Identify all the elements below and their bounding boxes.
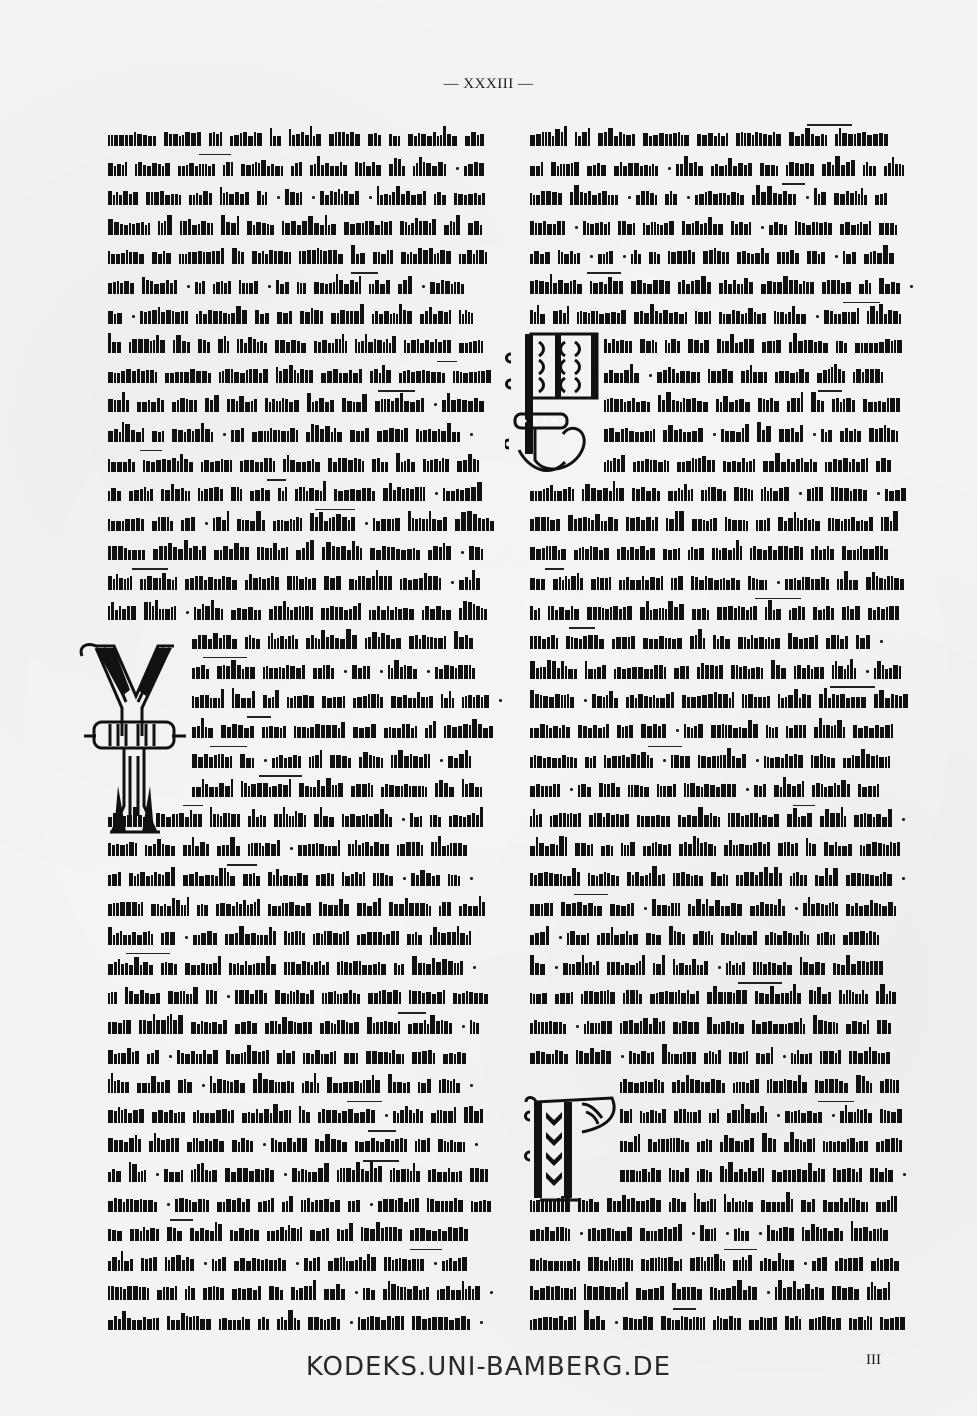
abbreviation-mark [267,479,286,481]
script-line [108,838,475,856]
script-line [108,1164,496,1182]
abbreviation-mark [210,746,247,748]
script-line [620,1164,911,1182]
abbreviation-mark [378,390,415,392]
script-line [530,306,909,324]
abbreviation-mark [755,598,801,600]
script-line [108,1223,476,1241]
script-line [108,1282,498,1300]
script-line [192,779,490,797]
abbreviation-mark [569,627,595,629]
abbreviation-mark [724,1249,758,1251]
script-line [192,750,479,768]
script-line [108,927,479,945]
script-line [530,957,891,975]
script-line [530,779,887,797]
script-line [108,483,490,501]
abbreviation-mark [227,864,257,866]
abbreviation-mark [170,1219,193,1221]
script-line [604,394,908,412]
script-line [108,394,492,412]
script-line [108,276,472,294]
script-line [530,720,901,738]
abbreviation-mark [140,450,162,452]
script-line [530,838,908,856]
script-line [108,957,481,975]
script-line [108,1016,487,1034]
abbreviation-mark [247,716,271,718]
decorated-initial-chevron-icon [522,1092,618,1204]
script-line [108,898,493,916]
script-line [108,128,492,146]
abbreviation-mark [648,746,682,748]
abbreviation-mark [830,686,875,688]
decorated-initial-foliate-icon [505,330,601,480]
script-line [192,661,483,679]
script-line [530,483,914,501]
abbreviation-mark [818,1101,855,1103]
script-line [604,424,906,442]
script-line [192,690,507,708]
script-line [530,986,904,1004]
abbreviation-mark [351,272,378,274]
script-line [108,454,487,472]
script-line [530,602,907,620]
abbreviation-mark [437,361,457,363]
script-line [108,246,495,264]
script-line [530,1312,913,1330]
script-line [530,128,896,146]
script-line [108,1075,478,1093]
script-line [108,217,490,235]
script-line [530,898,904,916]
script-line [530,868,910,886]
abbreviation-mark [545,568,565,570]
script-line [108,158,492,176]
script-line [530,1046,898,1064]
abbreviation-mark [843,302,880,304]
abbreviation-mark [673,1308,697,1310]
abbreviation-mark [315,509,356,511]
abbreviation-mark [132,568,169,570]
script-line [108,1312,488,1330]
abbreviation-mark [368,1130,396,1132]
script-line [620,1105,910,1123]
abbreviation-mark [782,183,806,185]
script-line [108,602,495,620]
script-line [530,750,898,768]
script-line [530,1282,898,1300]
script-line [530,927,887,945]
abbreviation-mark [793,805,814,807]
abbreviation-mark [587,272,621,274]
script-line [108,335,491,353]
script-line [108,868,478,886]
script-line [530,809,910,827]
page-number: III [866,1352,881,1369]
script-line [108,1253,475,1271]
script-line [530,217,905,235]
script-line [620,1075,907,1093]
script-line [108,1046,474,1064]
script-line [530,1253,907,1271]
page-header-folio: — XXXIII — [0,76,977,93]
script-line [108,424,478,442]
abbreviation-mark [410,1249,442,1251]
abbreviation-mark [126,953,170,955]
script-line [530,542,896,560]
abbreviation-mark [807,124,852,126]
script-line [192,720,501,738]
script-line [530,572,912,590]
script-line [192,631,481,649]
abbreviation-mark [199,154,231,156]
abbreviation-mark [203,657,247,659]
script-line [108,572,488,590]
abbreviation-mark [398,1012,426,1014]
script-line [620,1134,910,1152]
script-line [530,1016,899,1034]
abbreviation-mark [738,982,782,984]
abbreviation-mark [363,1160,399,1162]
script-line [530,158,912,176]
script-line [530,631,888,649]
script-line [108,306,481,324]
decorated-initial-hands-icon [74,636,192,836]
script-line [530,276,918,294]
script-line [530,1223,896,1241]
abbreviation-mark [574,894,609,896]
watermark-url: KODEKS.UNI-BAMBERG.DE [0,1352,977,1382]
script-line [530,513,906,531]
abbreviation-mark [259,775,302,777]
script-line [108,542,491,560]
script-line [604,335,910,353]
script-line [108,1105,491,1123]
script-line [530,661,909,679]
script-line [530,690,916,708]
script-line [108,1134,483,1152]
script-line [530,187,895,205]
script-line [604,365,891,383]
script-line [604,454,899,472]
script-line [108,365,499,383]
script-line [108,187,493,205]
abbreviation-mark [818,390,841,392]
script-line [108,986,496,1004]
script-line [530,246,902,264]
abbreviation-mark [347,1101,382,1103]
script-line [108,513,502,531]
script-line [108,1194,499,1212]
